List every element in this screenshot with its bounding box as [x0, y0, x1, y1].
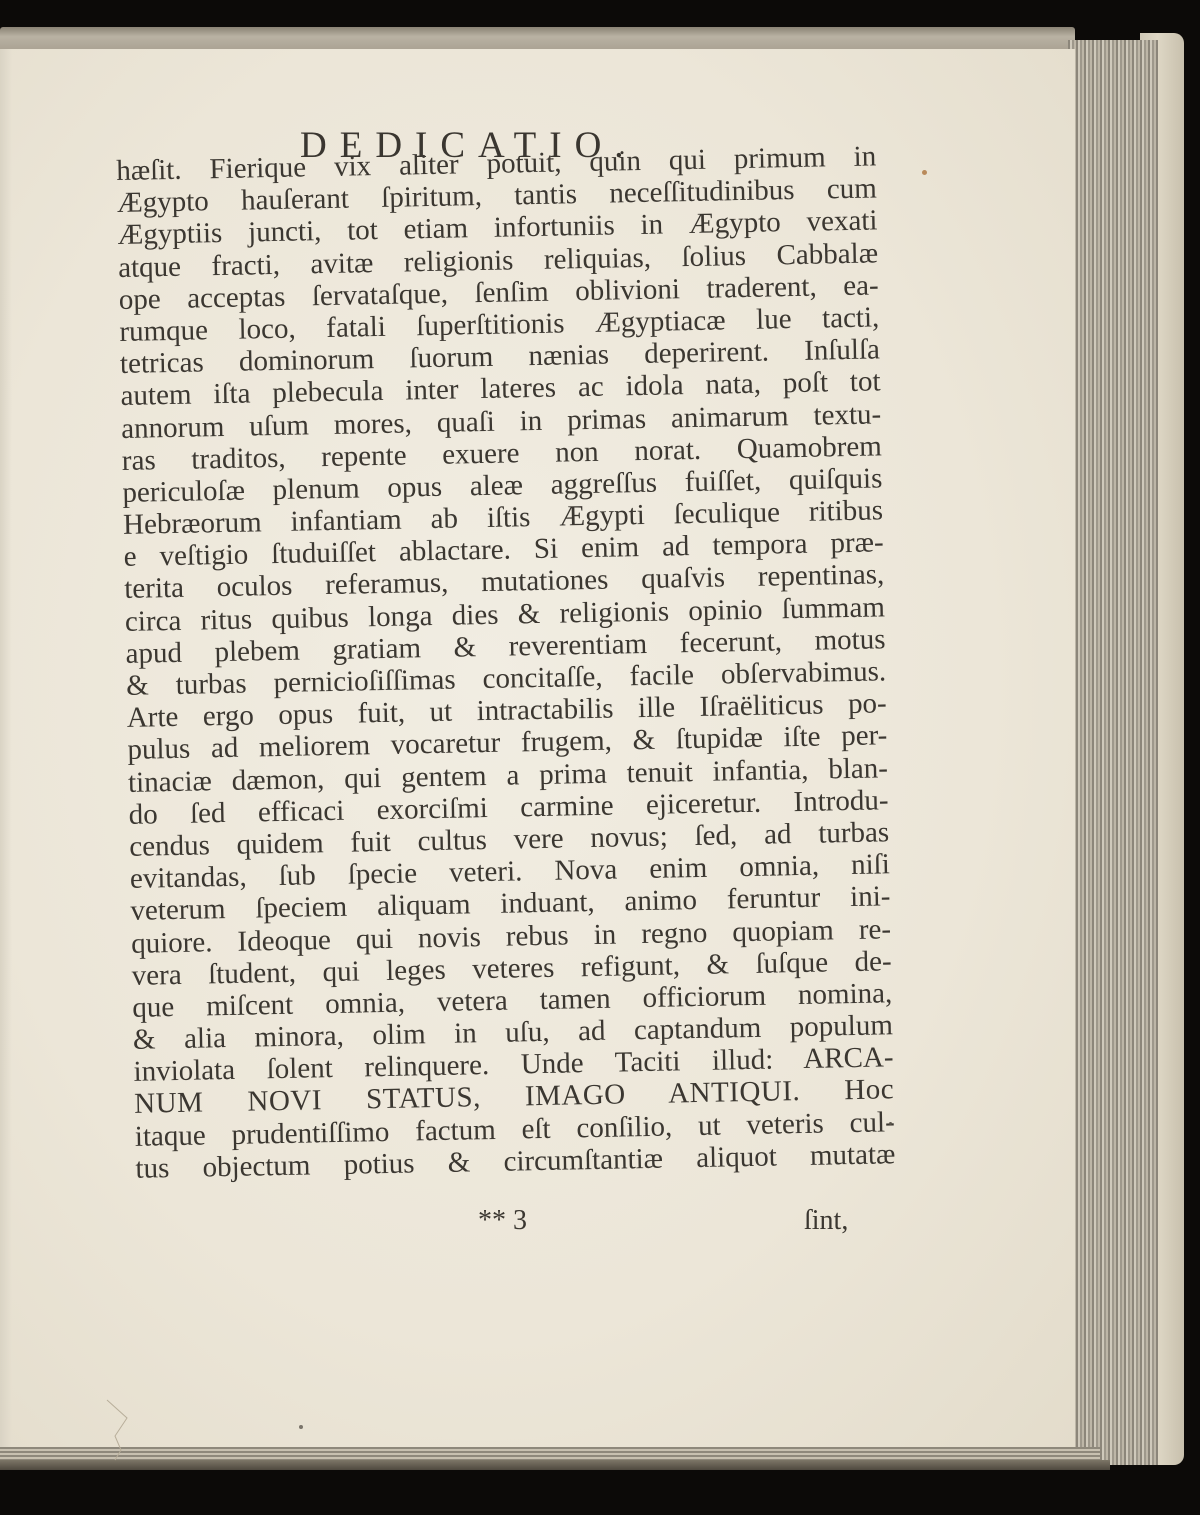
paper-speck [922, 170, 927, 175]
body-text: hæſit. Fierique vix aliter potuit, quin … [116, 140, 896, 1184]
book-top-board [0, 27, 1075, 51]
page-gutter-shadow [0, 49, 12, 1447]
catchword: ſint, [804, 1205, 848, 1237]
paper-fiber-mark [105, 1398, 135, 1463]
book-bottom-board [0, 1460, 1110, 1470]
paper-speck [889, 1122, 892, 1125]
paper-speck [299, 1425, 303, 1429]
page-fore-edge [1068, 40, 1158, 1465]
signature-mark: ** 3 [478, 1205, 527, 1237]
